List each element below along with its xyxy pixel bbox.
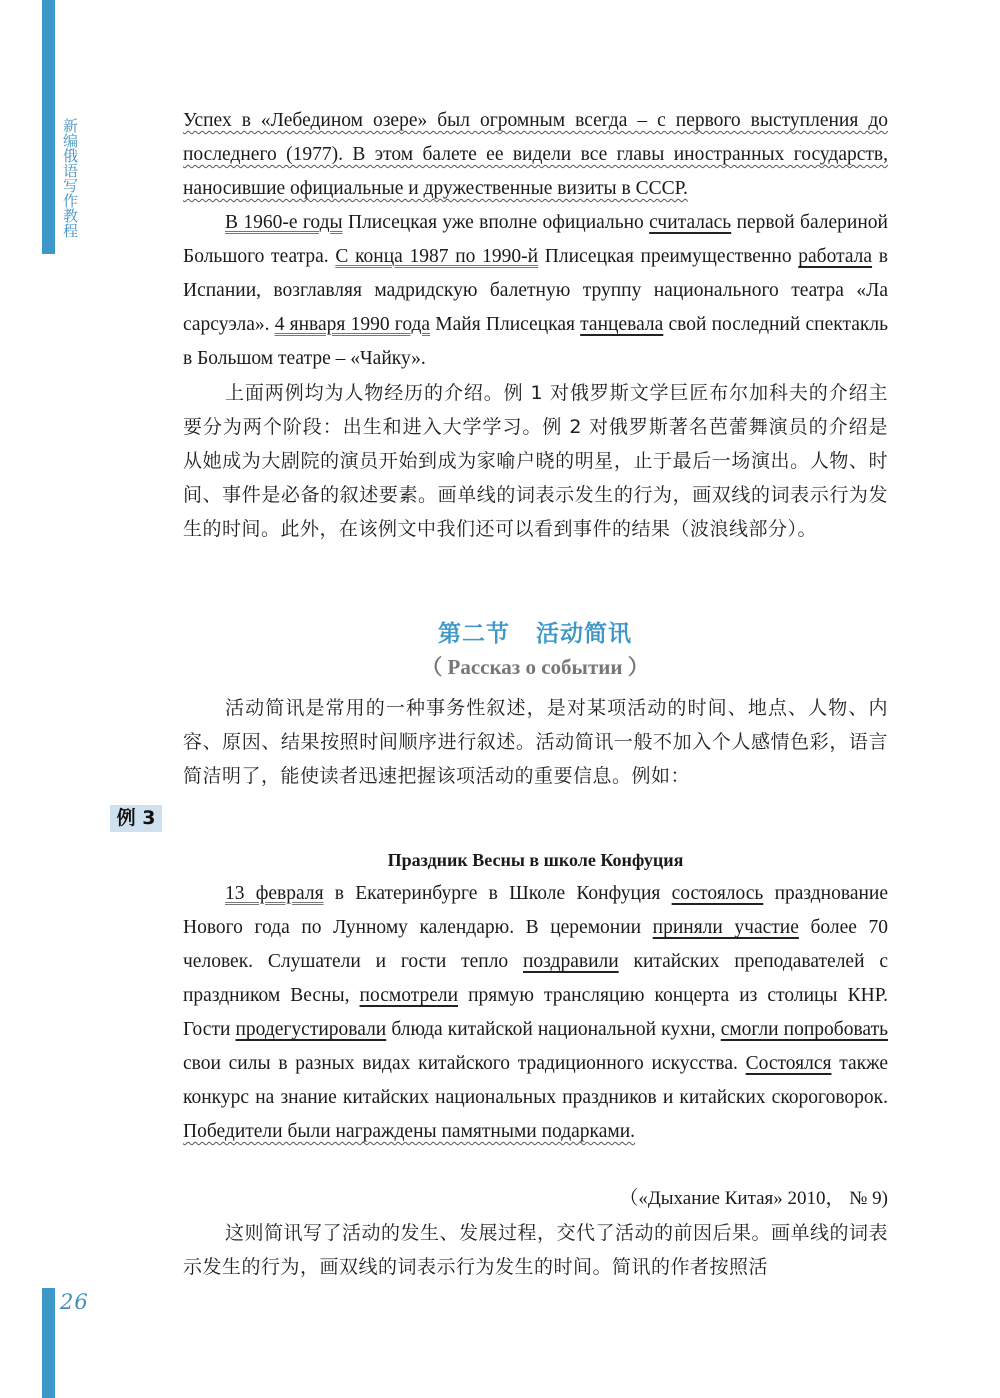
text-block-bottom: 这则简讯写了活动的发生、发展过程，交代了活动的前因后果。画单线的词表示发生的行为… — [183, 1216, 888, 1284]
marked-single: приняли участие — [653, 917, 799, 938]
text-run: свои силы в разных видах китайского трад… — [183, 1053, 746, 1074]
section-number: 第二节 — [438, 621, 510, 647]
text-run: Майя Плисецкая — [430, 314, 580, 335]
marked-wave: Победители были награждены памятными под… — [183, 1121, 635, 1142]
marked-double: С конца 1987 по 1990-й — [335, 246, 538, 267]
marked-double: 13 февраля — [225, 883, 324, 904]
section-title: 活动简讯 — [536, 621, 632, 647]
accent-bar-bottom — [42, 1288, 55, 1398]
marked-single: работала — [798, 246, 872, 267]
paragraph-intro: 活动简讯是常用的一种事务性叙述，是对某项活动的时间、地点、人物、内容、原因、结果… — [183, 691, 888, 793]
section-heading: 第二节活动简讯 — [0, 615, 1000, 648]
text-block-intro: 活动简讯是常用的一种事务性叙述，是对某项活动的时间、地点、人物、内容、原因、结果… — [183, 691, 888, 793]
text-run: Плисецкая уже вполне официально — [343, 212, 650, 233]
paragraph-swan-lake: Успех в «Лебедином озере» был огромным в… — [183, 104, 888, 206]
marked-single: посмотрели — [360, 985, 459, 1006]
paragraph-article-body: 13 февраля в Екатеринбурге в Школе Конфу… — [183, 877, 888, 1149]
paragraph-analysis-1: 上面两例均为人物经历的介绍。例 1 对俄罗斯文学巨匠布尔加科夫的介绍主要分为两个… — [183, 376, 888, 546]
accent-bar-top — [42, 0, 55, 254]
paragraph-analysis-2: 这则简讯写了活动的发生、发展过程，交代了活动的前因后果。画单线的词表示发生的行为… — [183, 1216, 888, 1284]
text-run: блюда китайской национальной кухни, — [386, 1019, 720, 1040]
marked-single: поздравили — [523, 951, 619, 972]
text-run: Плисецкая преимущественно — [538, 246, 798, 267]
text-block-top: Успех в «Лебедином озере» был огромным в… — [183, 104, 888, 546]
marked-single: танцевала — [580, 314, 663, 335]
text-block-article: 13 февраля в Екатеринбурге в Школе Конфу… — [183, 877, 888, 1149]
marked-wave: Успех в «Лебедином озере» был огромным в… — [183, 110, 888, 199]
citation: （«Дыхание Китая» 2010， № 9) — [183, 1182, 888, 1216]
text-run: в Екатеринбурге в Школе Конфуция — [324, 883, 672, 904]
text-run: 这则简讯写了活动的发生、发展过程，交代了活动的前因后果。画单线的词表示发生的行为… — [183, 1222, 888, 1278]
marked-single: Состоялся — [746, 1053, 832, 1074]
marked-double: 4 января 1990 года — [275, 314, 430, 335]
text-run: 活动简讯是常用的一种事务性叙述，是对某项活动的时间、地点、人物、内容、原因、结果… — [183, 697, 888, 787]
marked-single: продегустировали — [235, 1019, 386, 1040]
article-title: Праздник Весны в школе Конфуция — [183, 846, 888, 874]
marked-single: смогли попробовать — [721, 1019, 888, 1040]
running-book-title: 新编俄语写作教程 — [58, 118, 78, 238]
example-tag: 例 3 — [110, 805, 162, 832]
marked-double: В 1960-е годы — [225, 212, 343, 233]
paragraph-plisetskaya: В 1960-е годы Плисецкая уже вполне офици… — [183, 206, 888, 376]
text-run: 上面两例均为人物经历的介绍。例 1 对俄罗斯文学巨匠布尔加科夫的介绍主要分为两个… — [183, 382, 888, 540]
page-number: 26 — [60, 1290, 89, 1314]
section-subtitle: （ Рассказ о событии ） — [0, 651, 1000, 681]
marked-single: состоялось — [672, 883, 764, 904]
marked-single: считалась — [649, 212, 731, 233]
